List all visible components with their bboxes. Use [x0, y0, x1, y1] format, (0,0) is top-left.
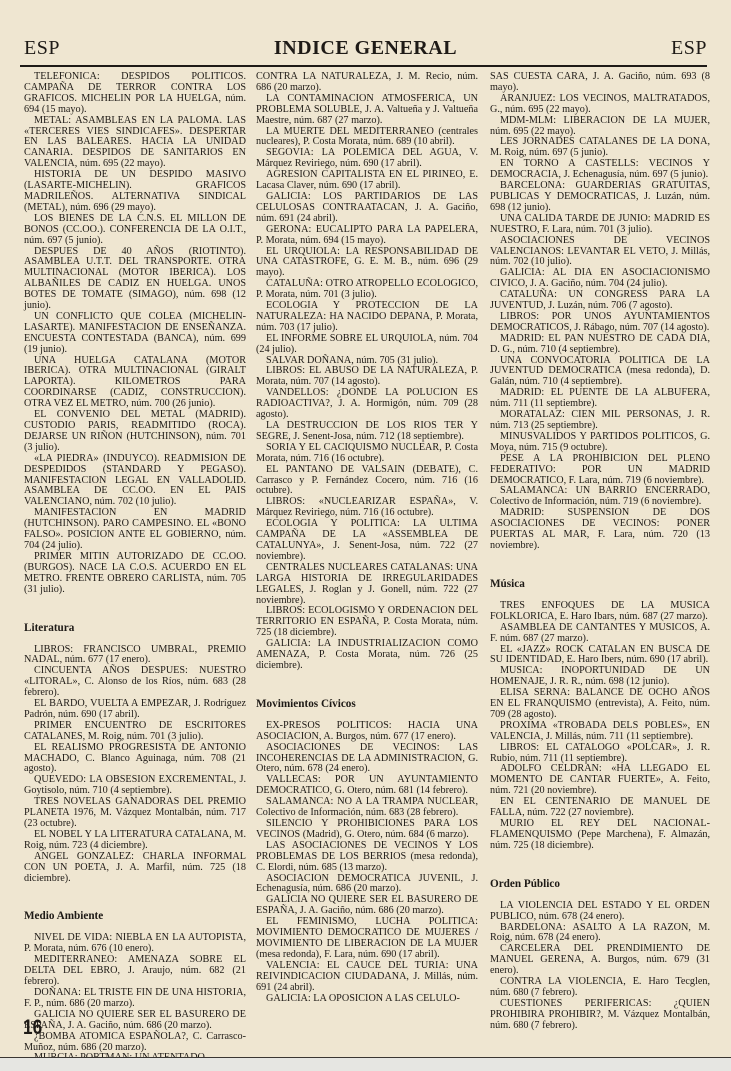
index-entry: EX-PRESOS POLITICOS: HACIA UNA ASOCIACIO…: [256, 721, 478, 743]
index-entry: DOÑANA: EL TRISTE FIN DE UNA HISTORIA, F…: [24, 988, 246, 1010]
index-entry: GALICIA: AL DIA EN ASOCIACIONISMO CIVICO…: [490, 268, 710, 290]
index-entry: LAS ASOCIACIONES DE VECINOS Y LOS PROBLE…: [256, 841, 478, 874]
index-entry: ANGEL GONZALEZ: CHARLA INFORMAL CON UN P…: [24, 852, 246, 885]
index-entry: SALAMANCA: NO A LA TRAMPA NUCLEAR, Colec…: [256, 797, 478, 819]
index-entry: UNA HUELGA CATALANA (MOTOR IBERICA). OTR…: [24, 356, 246, 411]
index-entry: CENTRALES NUCLEARES CATALANAS: UNA LARGA…: [256, 563, 478, 607]
index-entry: LIBROS: POR UNOS AYUNTAMIENTOS DEMOCRATI…: [490, 312, 710, 334]
index-entry: UNA CALIDA TARDE DE JUNIO: MADRID ES NUE…: [490, 214, 710, 236]
index-entry: ASOCIACIONES DE VECINOS VALENCIANOS: LEV…: [490, 236, 710, 269]
section-heading: Medio Ambiente: [24, 910, 246, 923]
index-entry: LIBROS: EL ABUSO DE LA NATURALEZA, P. Mo…: [256, 366, 478, 388]
column-2: CONTRA LA NATURALEZA, J. M. Recio, núm. …: [256, 72, 478, 1004]
index-entry: EL REALISMO PROGRESISTA DE ANTONIO MACHA…: [24, 743, 246, 776]
index-entry: LIBROS: ECOLOGISMO Y ORDENACION DEL TERR…: [256, 606, 478, 639]
index-entry: UNA CONVOCATORIA POLITICA DE LA JUVENTUD…: [490, 356, 710, 389]
page-number: 16: [23, 1016, 42, 1040]
index-entry: PRIMER MITIN AUTORIZADO DE CC.OO. (BURGO…: [24, 552, 246, 596]
index-entry: CUESTIONES PERIFERICAS: ¿QUIEN PROHIBIRA…: [490, 999, 710, 1032]
index-entry: HISTORIA DE UN DESPIDO MASIVO (LASARTE-M…: [24, 170, 246, 214]
header-rule: [20, 65, 707, 67]
index-entry: MEDITERRANEO: AMENAZA SOBRE EL DELTA DEL…: [24, 955, 246, 988]
index-entry: EL FEMINISMO, LUCHA POLITICA: MOVIMIENTO…: [256, 917, 478, 961]
index-entry: LA CONTAMINACION ATMOSFERICA, UN PROBLEM…: [256, 94, 478, 127]
section-heading: Música: [490, 578, 710, 591]
index-entry: PROXIMA «TROBADA DELS POBLES», EN VALENC…: [490, 721, 710, 743]
index-entry: VALLECAS: POR UN AYUNTAMIENTO DEMOCRATIC…: [256, 775, 478, 797]
section-heading: Literatura: [24, 622, 246, 635]
index-entry: LA MUERTE DEL MEDITERRANEO (centrales nu…: [256, 127, 478, 149]
index-entry: ELISA SERNA: BALANCE DE OCHO AÑOS EN EL …: [490, 688, 710, 721]
index-entry: ARANJUEZ: LOS VECINOS, MALTRATADOS, G., …: [490, 94, 710, 116]
index-entry: MANIFESTACION EN MADRID (HUTCHINSON). PA…: [24, 508, 246, 552]
index-entry: ECOLOGIA Y PROTECCION DE LA NATURALEZA: …: [256, 301, 478, 334]
column-3: SAS CUESTA CARA, J. A. Gaciño, núm. 693 …: [490, 72, 710, 1032]
index-entry: UN CONFLICTO QUE COLEA (MICHELIN-LASARTE…: [24, 312, 246, 356]
index-entry: PRIMER ENCUENTRO DE ESCRITORES CATALANES…: [24, 721, 246, 743]
index-entry: AGRESION CAPITALISTA EN EL PIRINEO, E. L…: [256, 170, 478, 192]
index-entry: QUEVEDO: LA OBSESION EXCREMENTAL, J. Goy…: [24, 775, 246, 797]
index-entry: LA DESTRUCCION DE LOS RIOS TER Y SEGRE, …: [256, 421, 478, 443]
index-entry: LIBROS: FRANCISCO UMBRAL, PREMIO NADAL, …: [24, 645, 246, 667]
index-entry: LOS BIENES DE LA C.N.S. EL MILLON DE BON…: [24, 214, 246, 247]
index-entry: LA VIOLENCIA DEL ESTADO Y EL ORDEN PUBLI…: [490, 901, 710, 923]
index-entry: «LA PIEDRA» (INDUYCO). READMISION DE DES…: [24, 454, 246, 509]
index-entry: ASAMBLEA DE CANTANTES Y MUSICOS, A. F. n…: [490, 623, 710, 645]
index-entry: GALICIA NO QUIERE SER EL BASURERO DE ESP…: [256, 895, 478, 917]
index-entry: LES JORNADES CATALANES DE LA DONA, M. Ro…: [490, 137, 710, 159]
index-entry: MADRID: EL PAN NUESTRO DE CADA DIA, D. G…: [490, 334, 710, 356]
index-entry: SORIA Y EL CACIQUISMO NUCLEAR, P. Costa …: [256, 443, 478, 465]
index-entry: EL NOBEL Y LA LITERATURA CATALANA, M. Ro…: [24, 830, 246, 852]
index-entry: GALICIA: LA OPOSICION A LAS CELULO-: [256, 994, 478, 1005]
index-entry: MURIO EL REY DEL NACIONAL-FLAMENQUISMO (…: [490, 819, 710, 852]
index-entry: CONTRA LA NATURALEZA, J. M. Recio, núm. …: [256, 72, 478, 94]
magazine-page: ESP INDICE GENERAL ESP TELEFONICA: DESPI…: [0, 0, 731, 1058]
index-entry: EL BARDO, VUELTA A EMPEZAR, J. Rodríguez…: [24, 699, 246, 721]
index-entry: MORATALAZ: CIEN MIL PERSONAS, J. R. núm.…: [490, 410, 710, 432]
index-entry: TRES ENFOQUES DE LA MUSICA FOLKLORICA, E…: [490, 601, 710, 623]
section-heading: Orden Público: [490, 878, 710, 891]
index-entry: VANDELLOS: ¿DONDE LA POLUCION ES RADIOAC…: [256, 388, 478, 421]
index-entry: EL URQUIOLA: LA RESPONSABILIDAD DE UNA C…: [256, 247, 478, 280]
index-entry: ADOLFO CELDRAN: «HA LLEGADO EL MOMENTO D…: [490, 764, 710, 797]
index-entry: SALAMANCA: UN BARRIO ENCERRADO, Colectiv…: [490, 486, 710, 508]
index-entry: BARCELONA: GUARDERIAS GRATUITAS, PUBLICA…: [490, 181, 710, 214]
index-entry: ECOLOGIA Y POLITICA: LA ULTIMA CAMPAÑA D…: [256, 519, 478, 563]
index-entry: EL CONVENIO DEL METAL (MADRID). CUSTODIO…: [24, 410, 246, 454]
index-entry: LIBROS: EL CATALOGO «POLCAR», J. R. Rubi…: [490, 743, 710, 765]
index-entry: MDM-MLM: LIBERACION DE LA MUJER, núm. 69…: [490, 116, 710, 138]
index-entry: DESPUES DE 40 AÑOS (RIOTINTO). ASAMBLEA …: [24, 247, 246, 312]
scan-bottom-edge: [0, 1057, 731, 1071]
index-entry: BARDELONA: ASALTO A LA RAZON, M. Roig, n…: [490, 923, 710, 945]
index-entry: MUSICA: INOPORTUNIDAD DE UN HOMENAJE, J.…: [490, 666, 710, 688]
index-entry: EN TORNO A CASTELLS: VECINOS Y DEMOCRACI…: [490, 159, 710, 181]
section-heading: Movimientos Cívicos: [256, 698, 478, 711]
index-entry: MADRID: SUSPENSION DE DOS ASOCIACIONES D…: [490, 508, 710, 552]
index-entry: SEGOVIA: LA POLEMICA DEL AGUA, V. Márque…: [256, 148, 478, 170]
index-entry: LIBROS: «NUCLEARIZAR ESPAÑA», V. Márquez…: [256, 497, 478, 519]
header-right-label: ESP: [671, 36, 707, 60]
index-entry: SAS CUESTA CARA, J. A. Gaciño, núm. 693 …: [490, 72, 710, 94]
index-entry: CARCELERA DEL PRENDIMIENTO DE MANUEL GER…: [490, 944, 710, 977]
index-entry: CATALUÑA: UN CONGRESS PARA LA JUVENTUD, …: [490, 290, 710, 312]
index-entry: CINCUENTA AÑOS DESPUES: NUESTRO «LITORAL…: [24, 666, 246, 699]
index-entry: TRES NOVELAS GANADORAS DEL PREMIO PLANET…: [24, 797, 246, 830]
page-header: ESP INDICE GENERAL ESP: [24, 36, 707, 66]
index-entry: GALICIA NO QUIERE SER EL BASURERO DE ESP…: [24, 1010, 246, 1032]
page-title: INDICE GENERAL: [24, 36, 707, 60]
index-entry: MINUSVALIDOS Y PARTIDOS POLITICOS, G. Mo…: [490, 432, 710, 454]
index-entry: SILENCIO Y PROHIBICIONES PARA LOS VECINO…: [256, 819, 478, 841]
index-entry: EL INFORME SOBRE EL URQUIOLA, núm. 704 (…: [256, 334, 478, 356]
index-entry: EL PANTANO DE VALSAIN (DEBATE), C. Carra…: [256, 465, 478, 498]
index-entry: ASOCIACIONES DE VECINOS: LAS INCOHERENCI…: [256, 743, 478, 776]
index-entry: METAL: ASAMBLEAS EN LA PALOMA. LAS «TERC…: [24, 116, 246, 171]
index-entry: MADRID: EL PUENTE DE LA ALBUFERA, núm. 7…: [490, 388, 710, 410]
index-entry: EL «JAZZ» ROCK CATALAN EN BUSCA DE SU ID…: [490, 645, 710, 667]
index-entry: NIVEL DE VIDA: NIEBLA EN LA AUTOPISTA, P…: [24, 933, 246, 955]
index-entry: ¿BOMBA ATOMICA ESPAÑOLA?, C. Carrasco-Mu…: [24, 1032, 246, 1054]
index-entry: VALENCIA: EL CAUCE DEL TURIA: UNA REIVIN…: [256, 961, 478, 994]
index-entry: CATALUÑA: OTRO ATROPELLO ECOLOGICO, P. M…: [256, 279, 478, 301]
index-entry: TELEFONICA: DESPIDOS POLITICOS. CAMPAÑA …: [24, 72, 246, 116]
index-entry: ASOCIACION DEMOCRATICA JUVENIL, J. Echen…: [256, 874, 478, 896]
index-entry: GERONA: EUCALIPTO PARA LA PAPELERA, P. M…: [256, 225, 478, 247]
index-entry: GALICIA: LA INDUSTRIALIZACION COMO AMENA…: [256, 639, 478, 672]
column-1: TELEFONICA: DESPIDOS POLITICOS. CAMPAÑA …: [24, 72, 246, 1064]
index-entry: CONTRA LA VIOLENCIA, E. Haro Tecglen, nú…: [490, 977, 710, 999]
index-entry: GALICIA: LOS PARTIDARIOS DE LAS CELULOSA…: [256, 192, 478, 225]
index-entry: PESE A LA PROHIBICION DEL PLENO FEDERATI…: [490, 454, 710, 487]
index-entry: EN EL CENTENARIO DE MANUEL DE FALLA, núm…: [490, 797, 710, 819]
